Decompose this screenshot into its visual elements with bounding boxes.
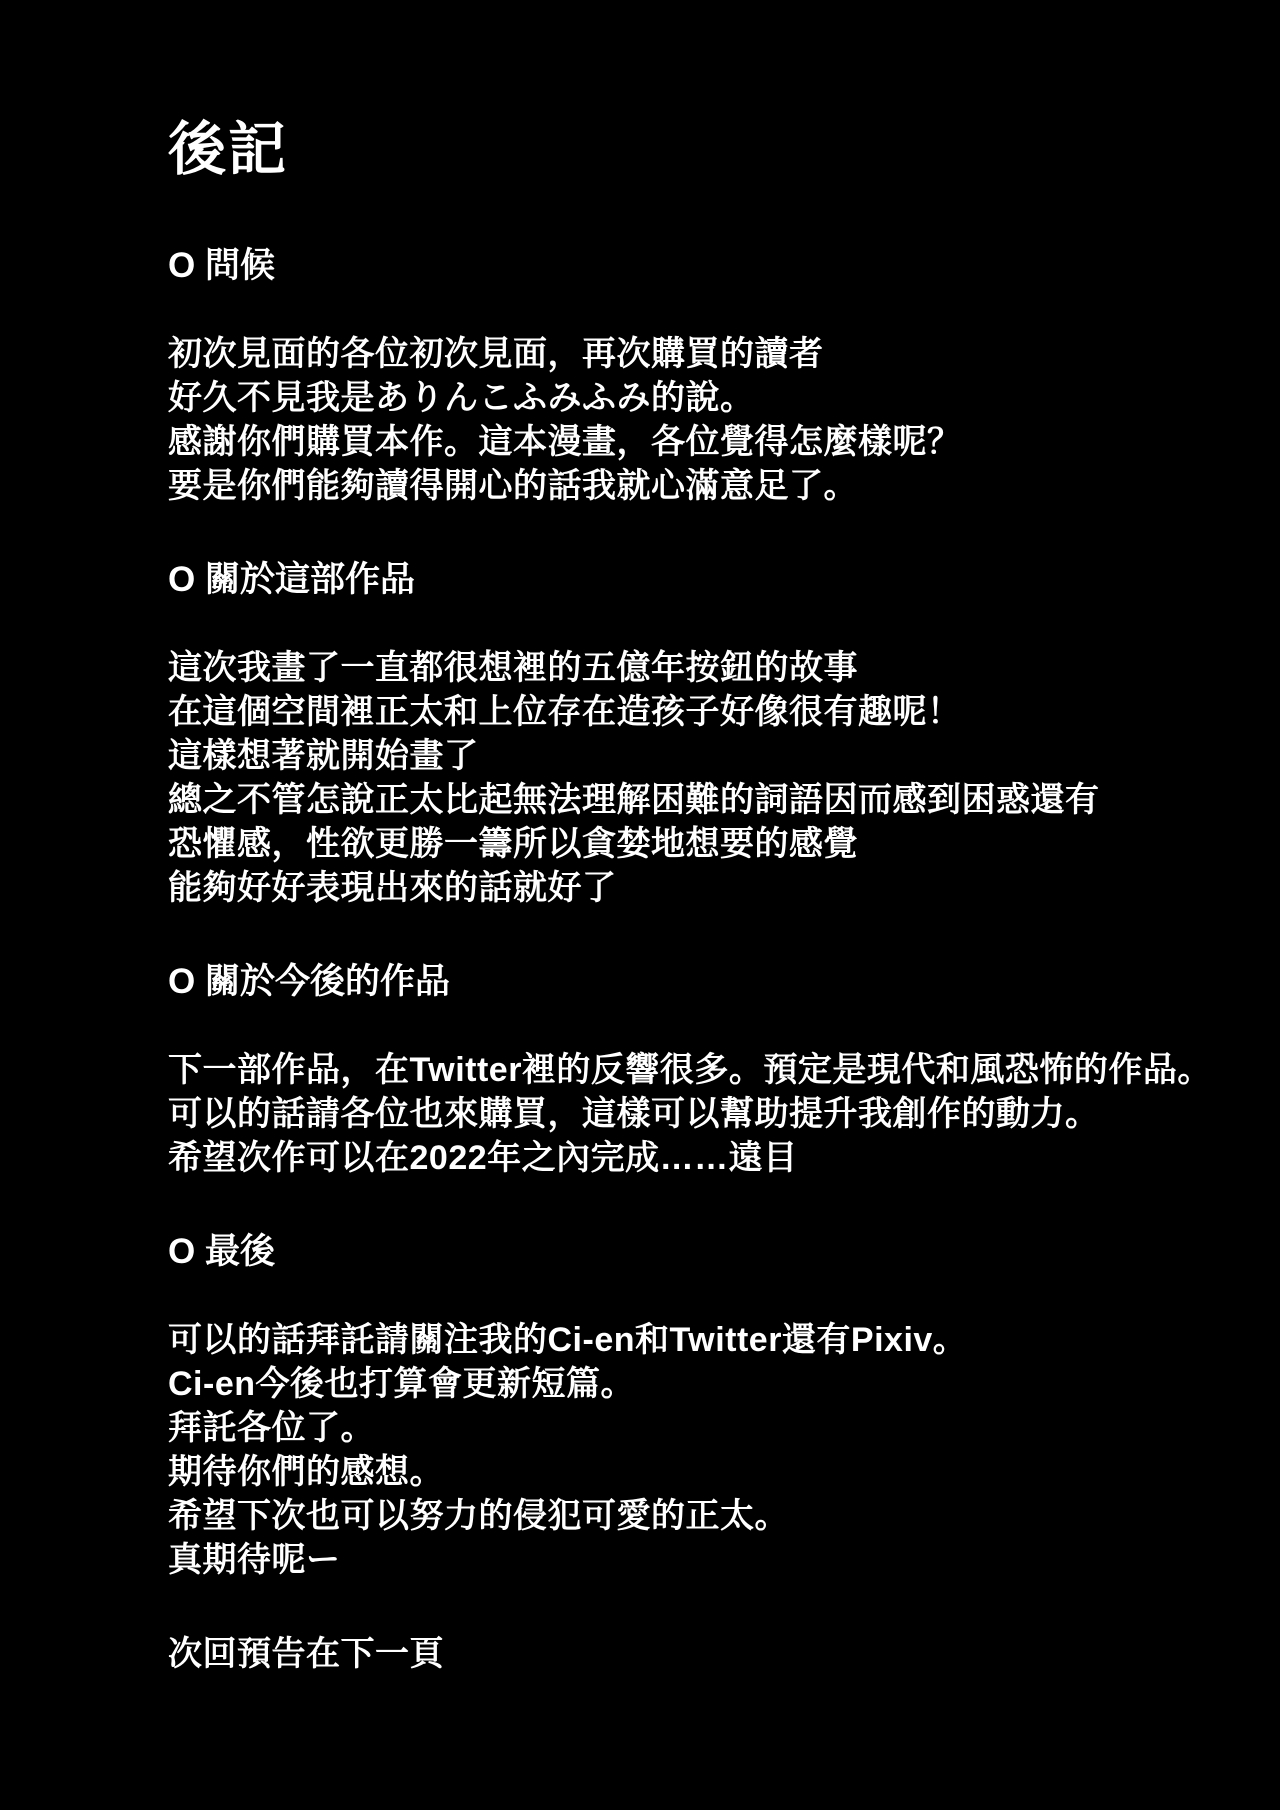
section-about-this-work-body: 這次我畫了一直都很想裡的五億年按鈕的故事在這個空間裡正太和上位存在造孩子好像很有…: [168, 646, 1220, 910]
page-title: 後記: [168, 122, 1220, 178]
text-line: 總之不管怎說正太比起無法理解困難的詞語因而感到困惑還有: [168, 778, 1220, 822]
text-line: 這樣想著就開始畫了: [168, 734, 1220, 778]
section-finally-body: 可以的話拜託請關注我的Ci-en和Twitter還有Pixiv。Ci-en今後也…: [168, 1318, 1220, 1582]
section-future-works-heading: O 關於今後的作品: [168, 960, 1220, 1004]
section-about-this-work: O 關於這部作品 這次我畫了一直都很想裡的五億年按鈕的故事在這個空間裡正太和上位…: [168, 558, 1220, 910]
text-line: 希望次作可以在2022年之內完成……遠目: [168, 1136, 1220, 1180]
text-line: 要是你們能夠讀得開心的話我就心滿意足了。: [168, 464, 1220, 508]
text-line: 拜託各位了。: [168, 1406, 1220, 1450]
text-line: 恐懼感，性欲更勝一籌所以貪婪地想要的感覺: [168, 822, 1220, 866]
text-line: 在這個空間裡正太和上位存在造孩子好像很有趣呢！: [168, 690, 1220, 734]
section-finally-heading: O 最後: [168, 1230, 1220, 1274]
section-finally: O 最後 可以的話拜託請關注我的Ci-en和Twitter還有Pixiv。Ci-…: [168, 1230, 1220, 1582]
text-line: 可以的話請各位也來購買，這樣可以幫助提升我創作的動力。: [168, 1092, 1220, 1136]
section-greeting: O 問候 初次見面的各位初次見面，再次購買的讀者好久不見我是ありんこふみふみ的說…: [168, 244, 1220, 508]
text-line: 下一部作品，在Twitter裡的反響很多。預定是現代和風恐怖的作品。: [168, 1048, 1220, 1092]
text-line: 感謝你們購買本作。這本漫畫，各位覺得怎麼樣呢？: [168, 420, 1220, 464]
section-greeting-body: 初次見面的各位初次見面，再次購買的讀者好久不見我是ありんこふみふみ的說。感謝你們…: [168, 332, 1220, 508]
section-future-works: O 關於今後的作品 下一部作品，在Twitter裡的反響很多。預定是現代和風恐怖…: [168, 960, 1220, 1180]
text-line: Ci-en今後也打算會更新短篇。: [168, 1362, 1220, 1406]
text-line: 可以的話拜託請關注我的Ci-en和Twitter還有Pixiv。: [168, 1318, 1220, 1362]
next-preview-note: 次回預告在下一頁: [168, 1632, 1220, 1676]
section-future-works-body: 下一部作品，在Twitter裡的反響很多。預定是現代和風恐怖的作品。可以的話請各…: [168, 1048, 1220, 1180]
text-line: 真期待呢ー: [168, 1538, 1220, 1582]
section-greeting-heading: O 問候: [168, 244, 1220, 288]
text-line: 初次見面的各位初次見面，再次購買的讀者: [168, 332, 1220, 376]
text-line: 這次我畫了一直都很想裡的五億年按鈕的故事: [168, 646, 1220, 690]
text-line: 希望下次也可以努力的侵犯可愛的正太。: [168, 1494, 1220, 1538]
section-about-this-work-heading: O 關於這部作品: [168, 558, 1220, 602]
afterword-page: 後記 O 問候 初次見面的各位初次見面，再次購買的讀者好久不見我是ありんこふみふ…: [0, 0, 1280, 1810]
text-line: 能夠好好表現出來的話就好了: [168, 866, 1220, 910]
text-line: 期待你們的感想。: [168, 1450, 1220, 1494]
text-line: 好久不見我是ありんこふみふみ的說。: [168, 376, 1220, 420]
